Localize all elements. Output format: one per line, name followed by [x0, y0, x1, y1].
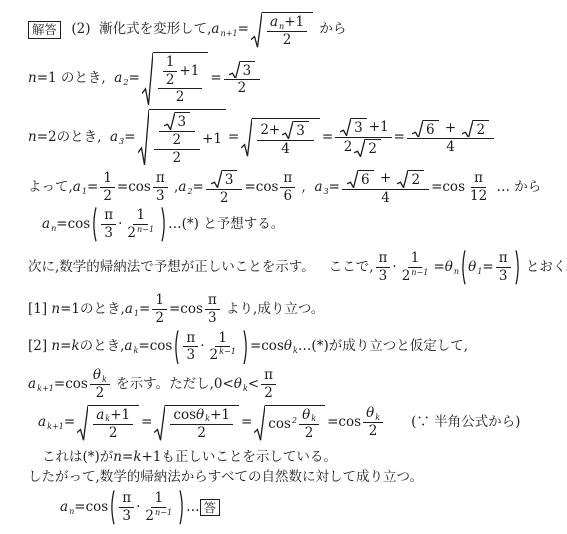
- radical-sign-icon: [77, 405, 88, 441]
- math-text: =: [433, 259, 444, 276]
- variable-with-subscript: θk: [196, 408, 210, 423]
- math-text: 1: [154, 491, 163, 506]
- left-paren-icon: [91, 207, 97, 242]
- denominator: 4: [278, 141, 293, 157]
- radical-sign-icon: [462, 120, 473, 138]
- math-text: =: [228, 129, 239, 146]
- math-variable: a: [125, 301, 133, 318]
- radical-sign-icon: [282, 121, 293, 139]
- denominator: 2: [366, 423, 381, 439]
- numerator: θk: [90, 368, 110, 385]
- paren-content: π3·12n−1: [97, 207, 161, 242]
- math-text: 2: [197, 426, 206, 441]
- subscript: n: [51, 223, 56, 233]
- math-text: ,: [170, 179, 179, 196]
- denominator: 2n−1: [124, 225, 157, 241]
- math-text: =cos: [327, 414, 361, 431]
- math-text: +1: [284, 15, 304, 30]
- denominator: 2: [170, 150, 185, 166]
- square-root: 6: [412, 120, 439, 138]
- radical-sign-icon: [241, 118, 252, 157]
- math-variable: a: [38, 414, 46, 431]
- math-text: 3: [225, 173, 234, 188]
- subscript: k: [243, 383, 248, 393]
- square-root: an+12: [251, 12, 313, 48]
- fraction: π3: [153, 171, 168, 204]
- numerator: 1: [152, 293, 167, 310]
- math-variable: n: [113, 449, 122, 466]
- radical-sign-icon: [397, 170, 408, 188]
- variable-with-subscript: ak: [124, 338, 138, 355]
- math-text: =: [394, 129, 405, 146]
- math-text: 2: [155, 311, 164, 326]
- math-text: 3: [178, 115, 187, 130]
- math-text: +1: [202, 131, 222, 148]
- subscript: 1: [82, 186, 87, 196]
- numerator: π: [376, 251, 391, 268]
- right-paren-icon: [179, 490, 185, 525]
- variable-with-subscript: θk: [366, 406, 380, 421]
- denominator: 3: [153, 188, 168, 204]
- math-text: π: [283, 171, 292, 186]
- radicand: 2: [365, 139, 381, 157]
- fraction: π3: [119, 491, 134, 524]
- math-text: 2: [127, 226, 136, 241]
- math-text: よって,: [28, 179, 73, 196]
- variable-with-subscript: ak+1: [28, 376, 54, 393]
- math-variable: θ: [93, 368, 101, 383]
- denominator: 12: [467, 188, 490, 204]
- math-text: より,成り立つ。: [222, 301, 325, 318]
- numerator: θk: [299, 408, 319, 425]
- math-variable: a: [211, 21, 219, 38]
- math-text: =1のとき,: [60, 301, 125, 318]
- numerator: ak+1: [93, 408, 133, 425]
- math-text: 2: [210, 348, 219, 363]
- math-text: =: [482, 259, 493, 276]
- radicand: 3: [175, 112, 191, 130]
- math-text: ·: [136, 499, 140, 516]
- math-text: =: [238, 21, 249, 38]
- fraction: π3: [101, 208, 116, 241]
- math-line: n=2のとき, a3=322+1=2+34=3+122=6 + 24: [28, 109, 567, 166]
- square-root: 3: [340, 118, 367, 136]
- square-root: ak+12: [77, 405, 139, 441]
- math-text: =: [87, 179, 98, 196]
- fraction: 2+34: [257, 121, 314, 157]
- numerator: 6 + 2: [342, 170, 429, 190]
- subscript: n: [69, 506, 74, 516]
- variable-with-subscript: an+1: [211, 21, 237, 38]
- math-text: =: [329, 179, 340, 196]
- fraction: 32: [206, 170, 243, 206]
- denominator: 3: [376, 268, 391, 284]
- math-variable: n: [51, 338, 60, 355]
- math-variable: n: [51, 301, 60, 318]
- math-text: から: [315, 21, 346, 38]
- math-line: ak+1=ak+12=cosθk+12=cos2θk2=cosθk2(∵ 半角公…: [38, 405, 567, 441]
- math-variable: a: [114, 70, 122, 87]
- math-text: を示す。ただし,0<: [112, 376, 234, 393]
- math-text: +1: [369, 120, 389, 135]
- math-text: =cos: [117, 179, 151, 196]
- radicand: ak+12: [88, 405, 139, 441]
- denominator: 2k−1: [207, 347, 239, 363]
- math-text: =cos: [244, 179, 278, 196]
- superscript: n−1: [137, 225, 154, 234]
- math-text: +1: [110, 408, 130, 423]
- math-text: [2]: [28, 338, 51, 355]
- math-variable: a: [314, 179, 322, 196]
- radicand: 2: [473, 120, 489, 138]
- radicand: cos2θk2: [265, 405, 325, 441]
- fraction: 12k−1: [207, 331, 239, 364]
- square-root: 2: [354, 139, 381, 157]
- fraction: π3: [496, 251, 511, 284]
- math-text: =cos: [74, 499, 108, 516]
- math-text: 6: [284, 189, 293, 204]
- variable-with-subscript: θk: [302, 408, 316, 423]
- subscript: 1: [134, 308, 139, 318]
- math-text: π: [264, 368, 273, 383]
- denominator: 2: [93, 385, 108, 401]
- radical-sign-icon: [164, 112, 175, 130]
- left-paren-icon: [460, 250, 466, 285]
- math-variable: a: [270, 15, 278, 30]
- denominator: 2: [280, 32, 295, 48]
- numerator: π: [280, 171, 295, 188]
- subscript: n+1: [220, 28, 237, 38]
- numerator: π: [101, 208, 116, 225]
- right-paren-icon: [161, 207, 167, 242]
- math-text: π: [186, 331, 195, 346]
- radical-sign-icon: [340, 118, 351, 136]
- math-text: +1も正しいことを示している。: [142, 449, 337, 466]
- math-text: 3: [296, 124, 305, 139]
- math-text: π: [156, 171, 165, 186]
- math-variable: θ: [284, 338, 292, 355]
- math-text: +1: [179, 64, 199, 79]
- subscript: k+1: [47, 421, 64, 431]
- math-text: 1: [136, 208, 145, 223]
- math-text: cos: [268, 416, 291, 433]
- math-text: 2: [344, 140, 353, 155]
- fraction: 12+12: [158, 55, 203, 106]
- radicand: 2+34: [252, 118, 320, 157]
- math-variable: k: [133, 449, 141, 466]
- fraction: 322: [154, 112, 201, 166]
- math-text: 2: [173, 151, 182, 166]
- math-text: 4: [381, 191, 390, 206]
- math-variable: n: [28, 129, 37, 146]
- math-text: =1 のとき,: [37, 70, 115, 87]
- math-text: 2: [368, 142, 377, 157]
- superscript: n−1: [155, 508, 172, 517]
- math-text: =: [322, 129, 333, 146]
- math-variable: a: [28, 376, 36, 393]
- math-line: [1] n=1のとき,a1=12=cosπ3 より,成り立つ。: [28, 293, 567, 326]
- numerator: 32: [154, 112, 201, 150]
- subscript: 1: [477, 266, 482, 276]
- radical-sign-icon: [347, 170, 358, 188]
- math-text: 2: [145, 509, 154, 524]
- math-text: 6: [426, 123, 435, 138]
- radicand: 6: [423, 120, 439, 138]
- denominator: 2n−1: [399, 268, 432, 284]
- math-text: π: [499, 251, 508, 266]
- fraction: 32: [159, 112, 196, 148]
- math-text: …: [186, 499, 200, 516]
- math-text: ·: [200, 338, 204, 355]
- math-text: +: [441, 121, 461, 136]
- math-text: ·: [118, 216, 122, 233]
- denominator: 3: [119, 508, 134, 524]
- math-text: 2: [109, 426, 118, 441]
- numerator: 1: [215, 331, 230, 348]
- radicand: 3: [293, 121, 309, 139]
- denominator: 3: [101, 225, 116, 241]
- fraction: 12: [152, 293, 167, 326]
- math-text: 2+: [260, 123, 280, 138]
- fraction: θk2: [363, 406, 383, 439]
- math-text: 2: [173, 133, 182, 148]
- denominator: 2: [235, 80, 250, 96]
- math-text: 2: [476, 123, 485, 138]
- math-text: 3: [104, 226, 113, 241]
- math-line: ak+1=cosθk2 を示す。ただし,0<θk<π2: [28, 368, 567, 401]
- subscript: k: [311, 414, 316, 423]
- radical-sign-icon: [138, 109, 149, 166]
- boxed-label: 解答: [28, 21, 61, 39]
- variable-with-subscript: θk: [93, 368, 107, 383]
- radicand: 3: [222, 170, 238, 188]
- math-text: π: [474, 171, 483, 186]
- math-text: とおく。: [522, 259, 567, 276]
- square-root: 12+12: [142, 52, 209, 106]
- math-text: 3: [208, 311, 217, 326]
- denominator: 2n−1: [142, 508, 175, 524]
- math-text: =: [210, 70, 221, 87]
- math-text: 2: [411, 173, 420, 188]
- radical-sign-icon: [412, 120, 423, 138]
- math-variable: a: [96, 408, 104, 423]
- denominator: 2: [163, 72, 178, 88]
- numerator: 1: [408, 251, 423, 268]
- square-root: cosθk+12: [154, 405, 239, 441]
- math-variable: θ: [366, 406, 374, 421]
- math-variable: a: [178, 179, 186, 196]
- square-root: 3: [229, 61, 256, 79]
- radical-sign-icon: [254, 405, 265, 441]
- denominator: 3: [496, 268, 511, 284]
- numerator: an+1: [267, 15, 307, 32]
- radicand: 3: [351, 118, 367, 136]
- variable-with-subscript: θk: [284, 338, 298, 355]
- superscript: 2: [292, 415, 297, 425]
- math-line: [2] n=kのとき,ak=cosπ3·12k−1=cosθk…(*)が成り立つ…: [28, 330, 567, 365]
- math-text: =: [60, 338, 71, 355]
- numerator: π: [183, 331, 198, 348]
- math-text: cos: [173, 408, 196, 423]
- math-line: 次に,数学的帰納法で予想が正しいことを示す。ここで,π3·12n−1=θnθ1=…: [28, 250, 567, 285]
- denominator: 2: [302, 425, 317, 441]
- fraction: 6 + 24: [342, 170, 429, 206]
- square-root: 3: [211, 170, 238, 188]
- fraction: an+12: [267, 15, 307, 48]
- square-root: 3: [282, 121, 309, 139]
- numerator: 2+3: [257, 121, 314, 141]
- fraction: π2: [261, 368, 276, 401]
- math-text: 次に,数学的帰納法で予想が正しいことを示す。: [28, 259, 315, 276]
- math-line: n=1 のとき, a2=12+12=32: [28, 52, 567, 106]
- math-variable: θ: [196, 408, 204, 423]
- math-line: よって,a1=12=cosπ3 ,a2=32=cosπ6 , a3=6 + 24…: [28, 170, 567, 206]
- math-text: 2: [103, 189, 112, 204]
- math-text: π: [208, 293, 217, 308]
- denominator: 3: [205, 310, 220, 326]
- fraction: 6 + 24: [407, 120, 494, 156]
- fraction: 12n−1: [399, 251, 432, 284]
- math-text: =cos: [54, 376, 88, 393]
- math-text: 3: [379, 269, 388, 284]
- radicand: 322+1: [149, 109, 227, 166]
- right-paren-icon: [515, 250, 521, 285]
- radicand: 3: [240, 61, 256, 79]
- denominator: 2: [194, 425, 209, 441]
- parenthesized-group: π3·12n−1: [91, 207, 167, 242]
- math-text: =cos: [169, 301, 203, 318]
- variable-with-subscript: θk: [234, 376, 248, 393]
- denominator: 2: [106, 425, 121, 441]
- math-text: =: [139, 301, 150, 318]
- variable-with-subscript: ak+1: [38, 414, 64, 431]
- numerator: 3: [159, 112, 196, 132]
- math-text: =2のとき,: [37, 129, 110, 146]
- superscript: k−1: [219, 347, 236, 356]
- radicand: 6: [358, 170, 374, 188]
- math-text: したがって,数学的帰納法からすべての自然数に対して成り立つ。: [28, 469, 423, 486]
- math-text: π: [122, 491, 131, 506]
- subscript: k+1: [37, 383, 54, 393]
- numerator: π: [496, 251, 511, 268]
- math-text: 2: [176, 90, 185, 105]
- math-text: 2: [220, 191, 229, 206]
- variable-with-subscript: a3: [314, 179, 328, 196]
- math-text: 12: [470, 189, 487, 204]
- parenthesized-group: π3·12k−1: [173, 330, 249, 365]
- math-text: (2) 漸化式を変形して,: [63, 21, 212, 38]
- numerator: π: [119, 491, 134, 508]
- math-text: =: [129, 70, 140, 87]
- math-text: 2: [238, 81, 247, 96]
- math-text: 4: [446, 140, 455, 155]
- math-text: 1: [166, 55, 175, 70]
- math-text: =: [122, 449, 133, 466]
- math-text: =cos: [431, 179, 465, 196]
- radicand: cosθk+12: [165, 405, 239, 441]
- math-text: 1: [155, 293, 164, 308]
- math-text: 2: [264, 386, 273, 401]
- paren-content: π3·12n−1: [115, 490, 179, 525]
- subscript: 2: [187, 186, 192, 196]
- fraction: π3: [376, 251, 391, 284]
- variable-with-subscript: a2: [178, 179, 192, 196]
- numerator: 3+1: [335, 118, 392, 138]
- math-variable: θ: [302, 408, 310, 423]
- square-root: 2+34: [241, 118, 320, 157]
- math-text: 3: [186, 348, 195, 363]
- fraction: π12: [467, 171, 490, 204]
- numerator: 1: [163, 55, 178, 72]
- fraction: π3: [183, 331, 198, 364]
- math-text: <: [248, 376, 259, 393]
- radical-sign-icon: [154, 405, 165, 441]
- math-text: (∵ 半角公式から): [411, 414, 520, 431]
- square-root: cos2θk2: [254, 405, 325, 441]
- denominator: 2: [261, 385, 276, 401]
- radical-sign-icon: [211, 170, 222, 188]
- math-line: an=cosπ3·12n−1…答: [60, 490, 567, 525]
- math-text: 2: [305, 426, 314, 441]
- math-variable: a: [124, 338, 132, 355]
- math-text: …(*)が成り立つと仮定して,: [298, 338, 468, 355]
- boxed-label: 答: [200, 499, 220, 517]
- fraction: π6: [280, 171, 295, 204]
- variable-with-subscript: an: [42, 216, 56, 233]
- numerator: 3: [206, 170, 243, 190]
- math-text: ·: [392, 259, 396, 276]
- subscript: k: [105, 414, 110, 423]
- superscript: n−1: [411, 268, 428, 277]
- subscript: k: [133, 345, 138, 355]
- math-line: an=cosπ3·12n−1…(*) と予想する。: [42, 207, 567, 242]
- subscript: 2: [123, 77, 128, 87]
- math-line: 解答 (2) 漸化式を変形して,an+1=an+12 から: [28, 12, 567, 48]
- variable-with-subscript: ak: [96, 408, 110, 423]
- subscript: k: [102, 375, 107, 384]
- fraction: 12n−1: [124, 208, 157, 241]
- radicand: an+12: [262, 12, 313, 48]
- math-variable: θ: [234, 376, 242, 393]
- math-text: =cos: [138, 338, 172, 355]
- denominator: 22: [341, 138, 386, 157]
- square-root: 3: [164, 112, 191, 130]
- subscript: k: [293, 345, 298, 355]
- denominator: 3: [183, 347, 198, 363]
- numerator: 6 + 2: [407, 120, 494, 140]
- math-variable: a: [73, 179, 81, 196]
- fraction: ak+12: [93, 408, 133, 441]
- math-variable: θ: [468, 259, 476, 276]
- denominator: 4: [443, 139, 458, 155]
- fraction: 32: [224, 61, 261, 97]
- radical-sign-icon: [142, 52, 153, 106]
- math-text: +1: [210, 408, 230, 423]
- math-text: +: [376, 171, 396, 186]
- numerator: 1: [151, 491, 166, 508]
- fraction: θk2: [299, 408, 319, 441]
- math-text: 2: [402, 269, 411, 284]
- math-text: 4: [281, 142, 290, 157]
- fraction: 3+122: [335, 118, 392, 157]
- radical-sign-icon: [251, 12, 262, 48]
- math-variable: a: [110, 129, 118, 146]
- math-text: 2: [96, 386, 105, 401]
- numerator: cosθk+1: [170, 408, 233, 425]
- denominator: 2: [100, 188, 115, 204]
- variable-with-subscript: a1: [125, 301, 139, 318]
- math-text: [1]: [28, 301, 51, 318]
